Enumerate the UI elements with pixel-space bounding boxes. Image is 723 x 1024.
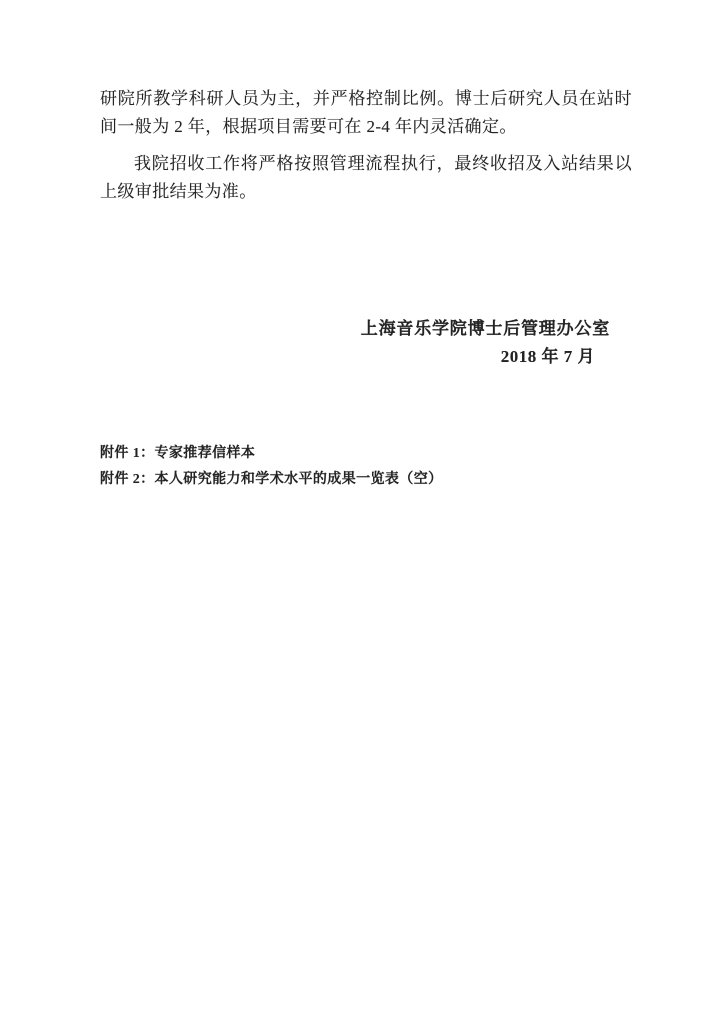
- attachment-item-2: 附件 2：本人研究能力和学术水平的成果一览表（空）: [100, 467, 632, 493]
- attachment-item-1: 附件 1：专家推荐信样本: [100, 441, 632, 467]
- scanned-document-page: 研院所教学科研人员为主，并严格控制比例。博士后研究人员在站时间一般为 2 年，根…: [0, 0, 723, 1024]
- body-paragraph-2: 我院招收工作将严格按照管理流程执行，最终收招及入站结果以上级审批结果为准。: [100, 150, 632, 206]
- signature-block: 上海音乐学院博士后管理办公室 2018 年 7 月: [100, 315, 632, 371]
- signature-date: 2018 年 7 月: [100, 343, 632, 371]
- document-content: 研院所教学科研人员为主，并严格控制比例。博士后研究人员在站时间一般为 2 年，根…: [100, 85, 632, 493]
- signature-office-name: 上海音乐学院博士后管理办公室: [100, 315, 632, 343]
- body-paragraph-1: 研院所教学科研人员为主，并严格控制比例。博士后研究人员在站时间一般为 2 年，根…: [100, 85, 632, 141]
- attachment-list: 附件 1：专家推荐信样本 附件 2：本人研究能力和学术水平的成果一览表（空）: [100, 441, 632, 493]
